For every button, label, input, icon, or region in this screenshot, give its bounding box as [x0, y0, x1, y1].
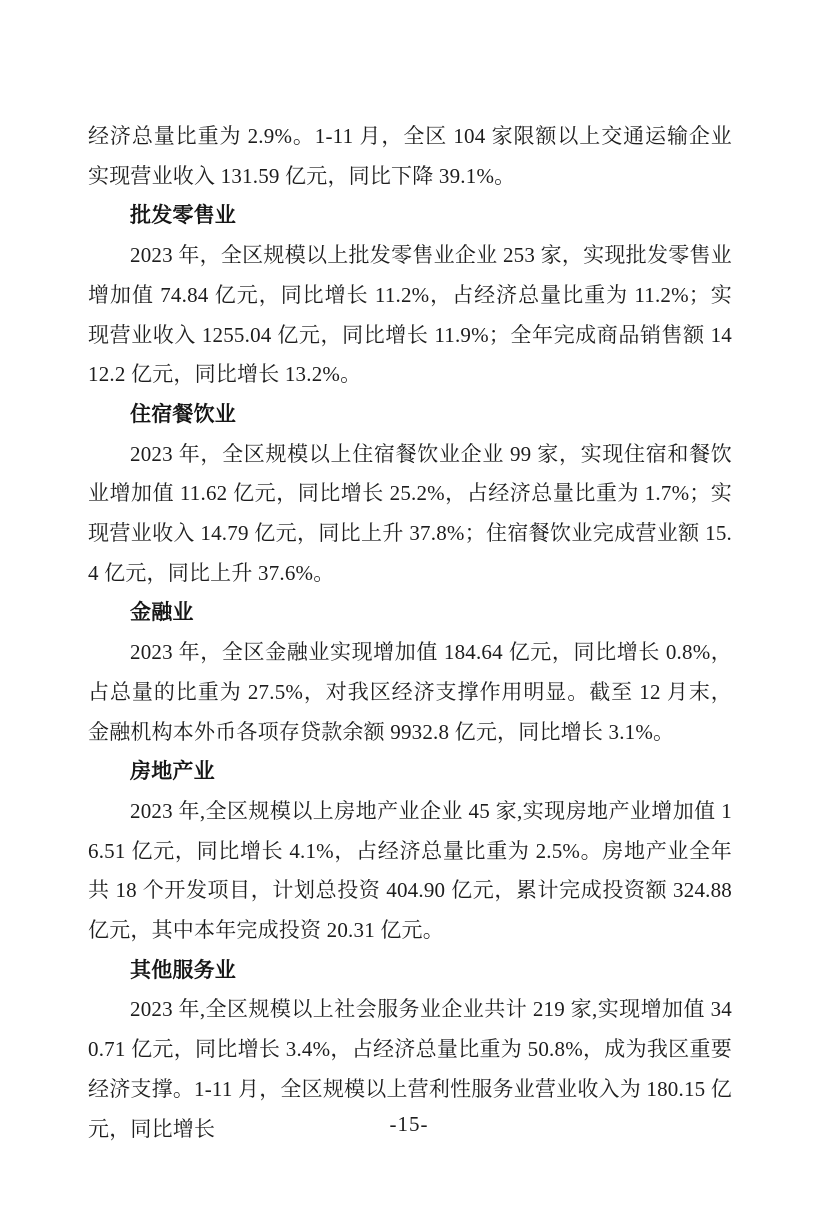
- paragraph-accommodation-catering: 2023 年，全区规模以上住宿餐饮业企业 99 家，实现住宿和餐饮业增加值 11…: [88, 435, 732, 594]
- paragraph-real-estate: 2023 年,全区规模以上房地产业企业 45 家,实现房地产业增加值 16.51…: [88, 792, 732, 951]
- section-heading-real-estate: 房地产业: [88, 752, 732, 792]
- section-heading-other-services: 其他服务业: [88, 951, 732, 991]
- section-heading-accommodation-catering: 住宿餐饮业: [88, 395, 732, 435]
- section-heading-finance: 金融业: [88, 593, 732, 633]
- page-content: 经济总量比重为 2.9%。1-11 月，全区 104 家限额以上交通运输企业实现…: [88, 117, 732, 1149]
- section-heading-wholesale-retail: 批发零售业: [88, 196, 732, 236]
- paragraph-finance: 2023 年，全区金融业实现增加值 184.64 亿元，同比增长 0.8%，占总…: [88, 633, 732, 752]
- paragraph-transport-continued: 经济总量比重为 2.9%。1-11 月，全区 104 家限额以上交通运输企业实现…: [88, 117, 732, 196]
- paragraph-wholesale-retail: 2023 年，全区规模以上批发零售业企业 253 家，实现批发零售业增加值 74…: [88, 236, 732, 395]
- page-number: -15-: [0, 1112, 818, 1137]
- document-page: 经济总量比重为 2.9%。1-11 月，全区 104 家限额以上交通运输企业实现…: [0, 0, 818, 1228]
